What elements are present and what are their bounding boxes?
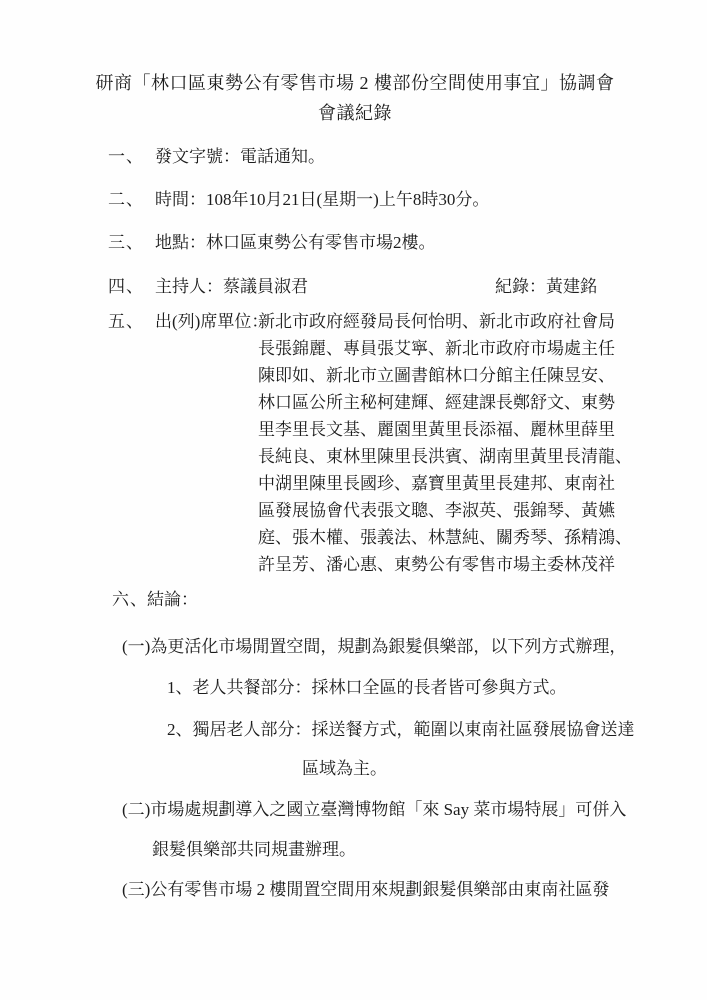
document-title-line-2: 會議紀錄: [90, 101, 620, 125]
item-attendees-label: 出(列)席單位：: [155, 311, 268, 333]
item-conclusion-text: 結論：: [147, 589, 198, 611]
item-doc-number-marker: 一、: [108, 146, 144, 168]
conclusion-1-subitem-1: 1、老人共餐部分：採林口全區的長者皆可參與方式。: [167, 677, 567, 699]
item-doc-number-text: 發文字號：電話通知。: [155, 146, 325, 168]
conclusion-1-line-1: (一)為更活化市場閒置空間，規劃為銀髮俱樂部，以下列方式辦理，: [122, 636, 626, 658]
item-host-text: 主持人：蔡議員淑君: [155, 276, 308, 298]
conclusion-1-subitem-2-line-2: 區域為主。: [302, 758, 387, 780]
item-time-text: 時間：108年10月21日(星期一)上午8時30分。: [155, 189, 489, 211]
attendees-line: 陳即如、新北市立圖書館林口分館主任陳昱安、: [258, 365, 615, 387]
attendees-line: 庭、張木權、張義法、林慧純、關秀琴、孫精鴻、: [258, 527, 632, 549]
item-host-marker: 四、: [108, 276, 144, 298]
item-location-text: 地點：林口區東勢公有零售市場2樓。: [155, 232, 436, 254]
conclusion-2-line-1: (二)市場處規劃導入之國立臺灣博物館「來 Say 菜市場特展」可併入: [122, 799, 626, 821]
meeting-minutes-page: 研商「林口區東勢公有零售市場 2 樓部份空間使用事宜」協調會 會議紀錄 一、 發…: [0, 0, 707, 1000]
item-location-marker: 三、: [108, 232, 144, 254]
attendees-line: 區發展協會代表張文聰、李淑英、張錦琴、黃嬿: [258, 500, 615, 522]
document-title-line-1: 研商「林口區東勢公有零售市場 2 樓部份空間使用事宜」協調會: [90, 71, 620, 95]
attendees-line: 林口區公所主秘柯建輝、經建課長鄭舒文、東勢: [258, 392, 615, 414]
conclusion-3-line-1: (三)公有零售市場 2 樓閒置空間用來規劃銀髮俱樂部由東南社區發: [122, 879, 609, 901]
item-recorder-text: 紀錄：黃建銘: [495, 276, 597, 298]
conclusion-2-line-2: 銀髮俱樂部共同規畫辦理。: [152, 839, 356, 861]
attendees-line: 中湖里陳里長國珍、嘉寶里黃里長建邦、東南社: [258, 473, 615, 495]
item-attendees-marker: 五、: [108, 311, 144, 333]
conclusion-1-subitem-2-line-1: 2、獨居老人部分：採送餐方式，範圍以東南社區發展協會送達: [167, 719, 635, 741]
attendees-line: 長純良、東林里陳里長洪賓、湖南里黃里長清龍、: [258, 446, 632, 468]
item-conclusion-marker: 六、: [112, 589, 148, 611]
attendees-line: 許呈芳、潘心惠、東勢公有零售市場主委林茂祥: [258, 554, 615, 576]
attendees-line: 長張錦麗、專員張艾寧、新北市政府市場處主任: [258, 338, 615, 360]
attendees-line: 里李里長文基、麗園里黃里長添福、麗林里薛里: [258, 419, 615, 441]
attendees-line: 新北市政府經發局長何怡明、新北市政府社會局: [258, 311, 615, 333]
item-time-marker: 二、: [108, 189, 144, 211]
